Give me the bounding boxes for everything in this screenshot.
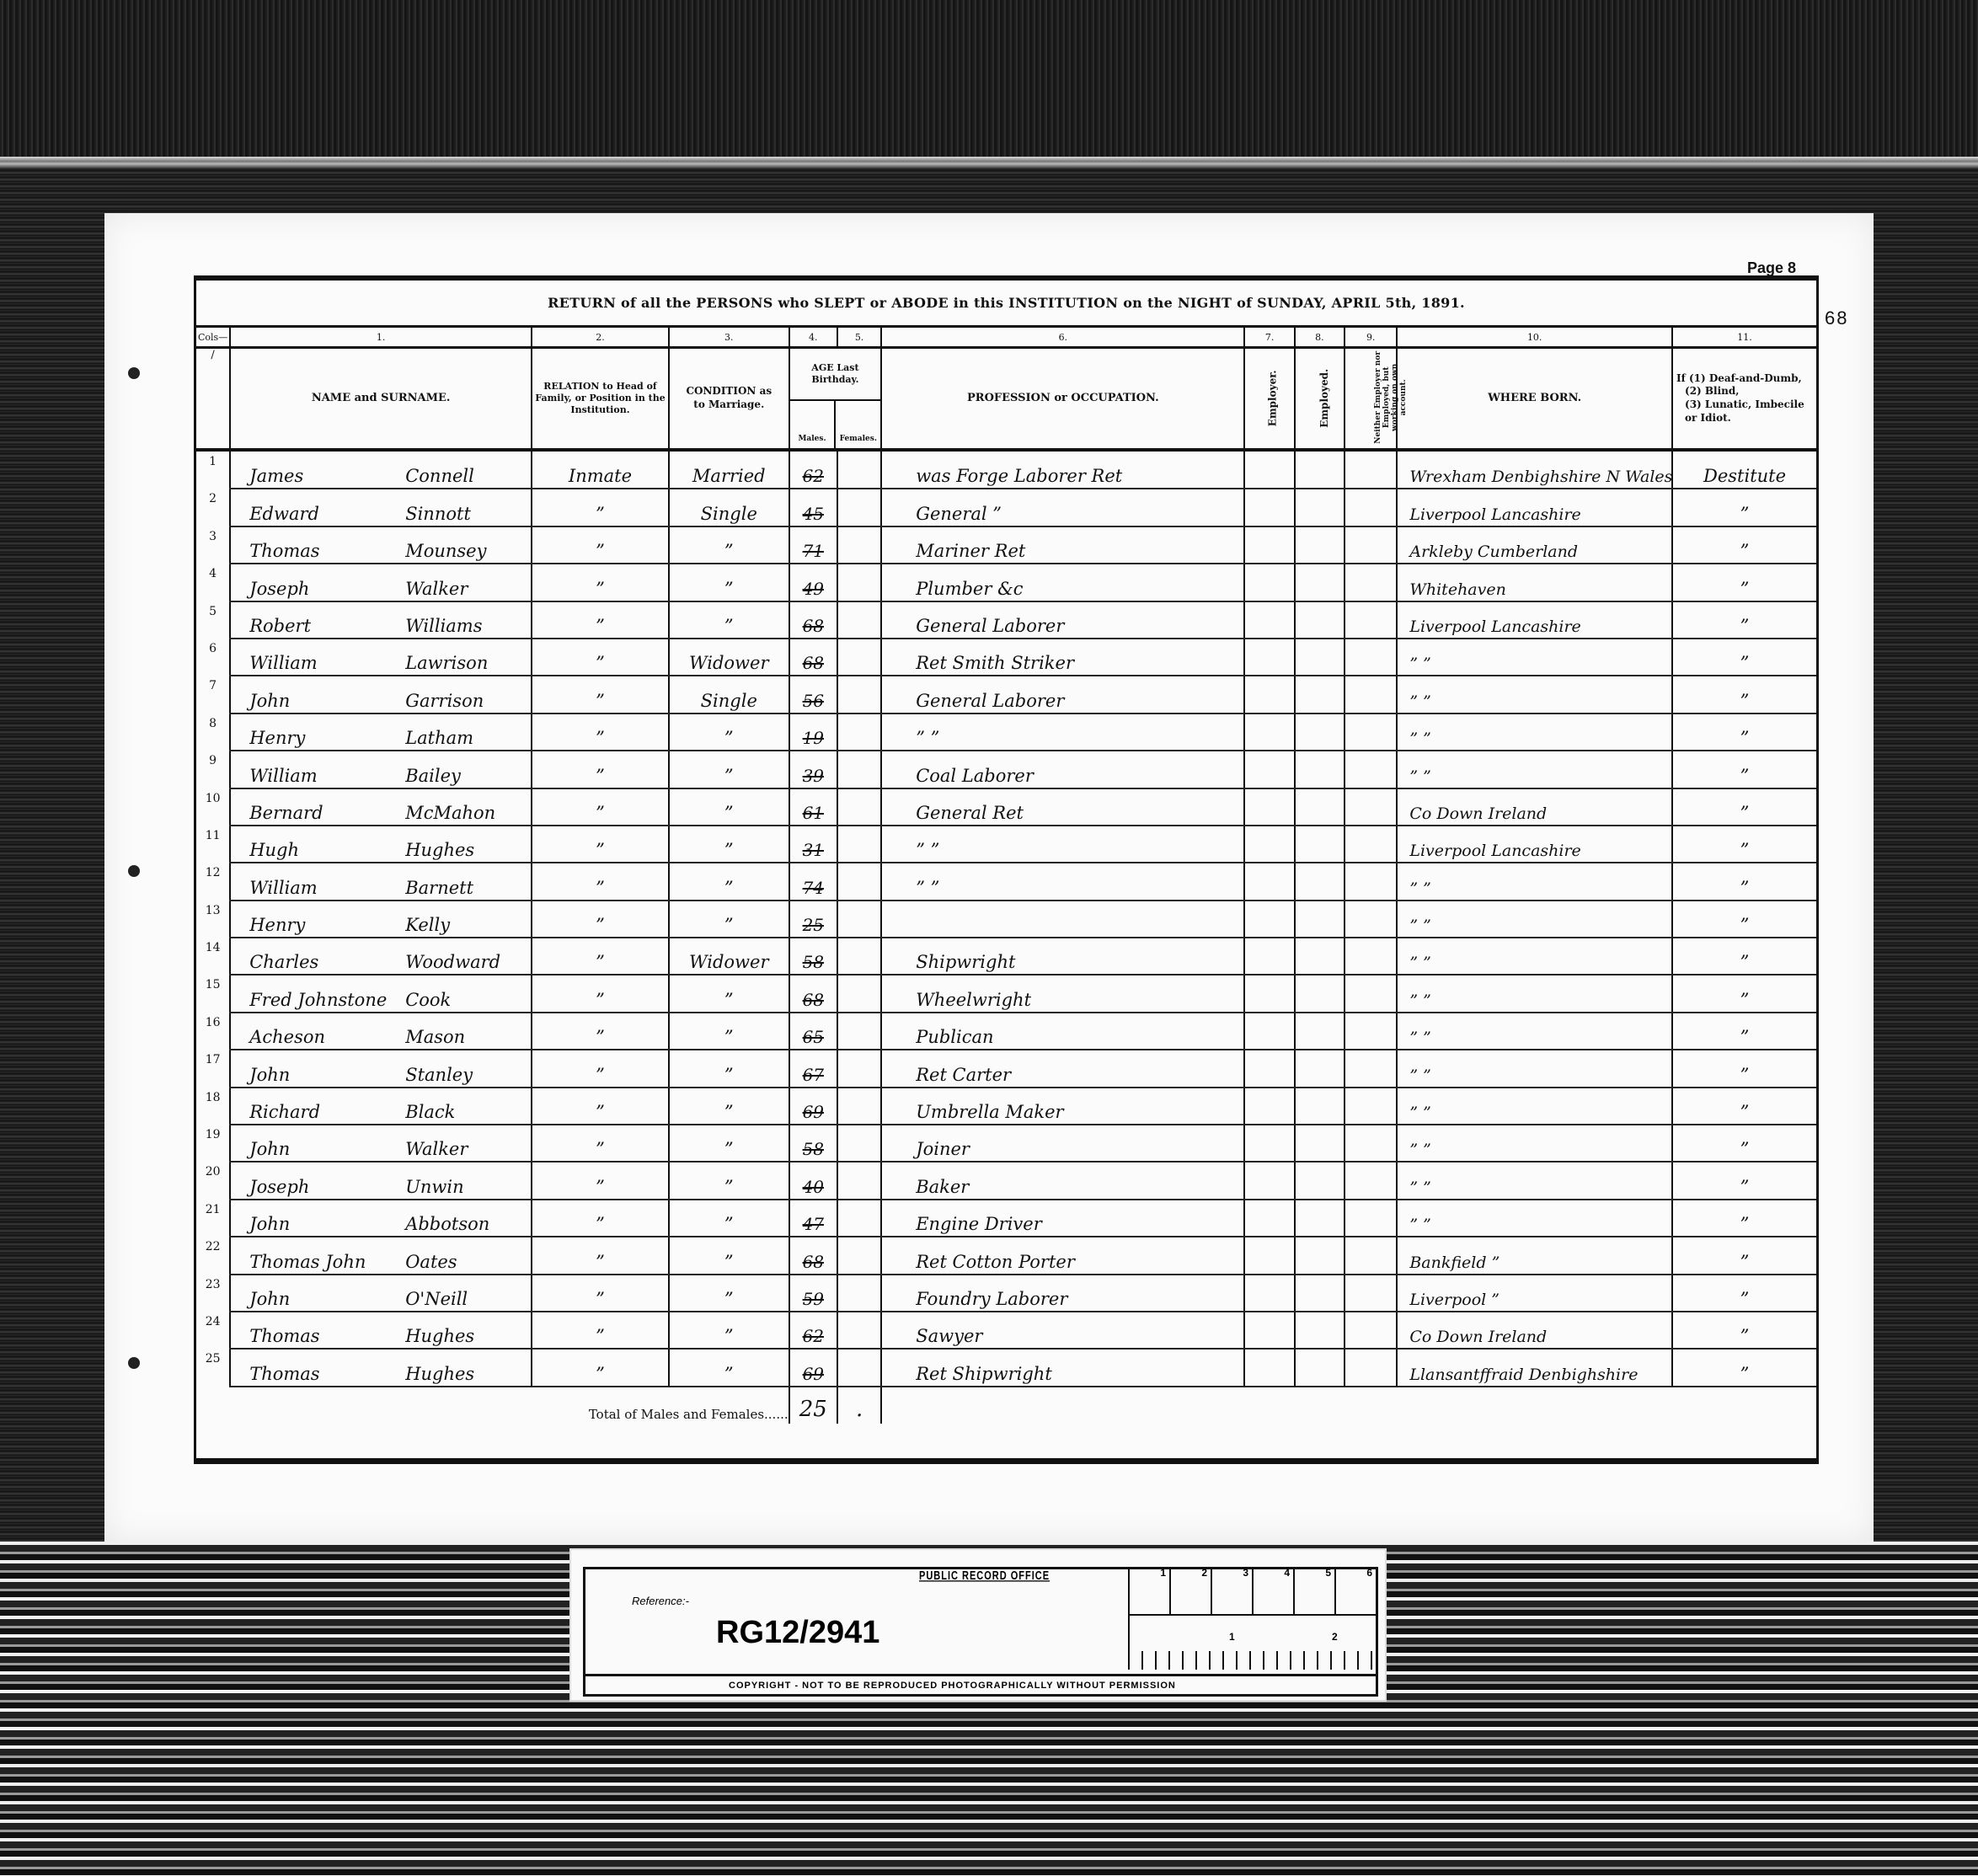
surname: Walker (405, 1139, 468, 1159)
first-name: John (249, 1214, 405, 1234)
female-age-cell (837, 826, 881, 863)
table-row: 4JosephWalker””49Plumber &cWhitehaven” (196, 564, 1816, 601)
own-account-cell (1345, 1162, 1397, 1199)
condition-cell: ” (669, 975, 789, 1012)
employed-cell (1295, 826, 1345, 863)
header-employed-label: Employed. (1318, 368, 1332, 427)
scale-ruler: 1 2 3 4 5 6 1 2 (1128, 1567, 1377, 1670)
punch-hole-icon (128, 1357, 140, 1369)
birthplace-cell: ” ” (1397, 1050, 1672, 1087)
first-name: William (249, 653, 405, 673)
own-account-cell (1345, 1349, 1397, 1386)
ruler-mark: 2 (1171, 1567, 1212, 1614)
birthplace-cell: ” ” (1397, 751, 1672, 788)
surname: Lawrison (405, 653, 488, 673)
female-age-cell (837, 1013, 881, 1050)
infirmity-cell: ” (1672, 1125, 1816, 1162)
ruler-cm-scale: 1 2 3 4 5 6 (1130, 1567, 1377, 1616)
col-number: 5. (837, 328, 881, 348)
header-employer-label: Employer. (1267, 370, 1280, 426)
person-name: WilliamBailey (230, 751, 532, 788)
female-age-cell (837, 676, 881, 713)
occupation-cell: Coal Laborer (881, 751, 1244, 788)
person-name: JamesConnell (230, 450, 532, 489)
census-form: RETURN of all the PERSONS who SLEPT or A… (194, 275, 1819, 1464)
female-age-cell (837, 1088, 881, 1125)
first-name: Fred Johnstone (249, 990, 405, 1010)
infirmity-cell: ” (1672, 1349, 1816, 1386)
header-infirmity-3: (3) Lunatic, Imbecile or Idiot. (1676, 398, 1816, 425)
infirmity-cell: ” (1672, 526, 1816, 564)
infirmity-cell: ” (1672, 1088, 1816, 1125)
person-name: WilliamLawrison (230, 639, 532, 676)
condition-cell: ” (669, 1312, 789, 1349)
person-name: JosephUnwin (230, 1162, 532, 1199)
occupation-cell: General Laborer (881, 676, 1244, 713)
table-row: 12WilliamBarnett””74” ”” ”” (196, 863, 1816, 900)
first-name: John (249, 691, 405, 711)
header-age-males: Males. (790, 401, 837, 448)
person-name: HenryLatham (230, 714, 532, 751)
birthplace-cell: ” ” (1397, 863, 1672, 900)
female-age-cell (837, 526, 881, 564)
condition-cell: Married (669, 450, 789, 489)
person-name: RichardBlack (230, 1088, 532, 1125)
person-name: ThomasMounsey (230, 526, 532, 564)
first-name: John (249, 1139, 405, 1159)
col-number: 6. (881, 328, 1244, 348)
row-number: 7 (196, 676, 230, 713)
relation-cell: ” (532, 1088, 669, 1125)
female-age-cell (837, 901, 881, 938)
birthplace-cell: Liverpool ” (1397, 1275, 1672, 1312)
table-row: 24ThomasHughes””62SawyerCo Down Ireland” (196, 1312, 1816, 1349)
surname: Connell (405, 466, 474, 486)
col-number: 4. (789, 328, 837, 348)
male-age-cell: 40 (789, 1162, 837, 1199)
own-account-cell (1345, 938, 1397, 975)
employer-cell (1244, 489, 1294, 526)
condition-cell: ” (669, 1050, 789, 1087)
row-number: 14 (196, 938, 230, 975)
own-account-cell (1345, 1125, 1397, 1162)
male-age-cell: 49 (789, 564, 837, 601)
employed-cell (1295, 1275, 1345, 1312)
ruler-mark: 5 (1295, 1567, 1336, 1614)
row-number: 23 (196, 1275, 230, 1312)
relation-cell: ” (532, 1125, 669, 1162)
infirmity-cell: ” (1672, 826, 1816, 863)
employed-cell (1295, 564, 1345, 601)
own-account-cell (1345, 751, 1397, 788)
employer-cell (1244, 1200, 1294, 1237)
birthplace-cell: ” ” (1397, 1088, 1672, 1125)
relation-cell: ” (532, 1050, 669, 1087)
person-name: JohnAbbotson (230, 1200, 532, 1237)
relation-cell: ” (532, 901, 669, 938)
copyright-notice: COPYRIGHT - NOT TO BE REPRODUCED PHOTOGR… (585, 1674, 1376, 1694)
column-number-row: Cols— 1. 2. 3. 4. 5. 6. 7. 8. 9. 10. 11. (196, 328, 1816, 348)
form-title: RETURN of all the PERSONS who SLEPT or A… (196, 281, 1816, 328)
relation-cell: ” (532, 1349, 669, 1386)
table-row: 23JohnO'Neill””59Foundry LaborerLiverpoo… (196, 1275, 1816, 1312)
occupation-cell: Engine Driver (881, 1200, 1244, 1237)
male-age-cell: 65 (789, 1013, 837, 1050)
condition-cell: Single (669, 489, 789, 526)
person-name: ThomasHughes (230, 1312, 532, 1349)
first-name: Acheson (249, 1027, 405, 1047)
occupation-cell: Joiner (881, 1125, 1244, 1162)
relation-cell: ” (532, 751, 669, 788)
header-relation: RELATION to Head of Family, or Position … (532, 348, 669, 451)
first-name: James (249, 466, 405, 486)
female-age-cell (837, 489, 881, 526)
own-account-cell (1345, 1013, 1397, 1050)
col-number: 7. (1244, 328, 1294, 348)
own-account-cell (1345, 1050, 1397, 1087)
table-row: 3ThomasMounsey””71Mariner RetArkleby Cum… (196, 526, 1816, 564)
female-age-cell (837, 601, 881, 639)
first-name: Richard (249, 1102, 405, 1122)
birthplace-cell: ” ” (1397, 1013, 1672, 1050)
birthplace-cell: ” ” (1397, 676, 1672, 713)
row-number: 12 (196, 863, 230, 900)
surname: Oates (405, 1252, 457, 1272)
census-rows: 1JamesConnellInmateMarried62was Forge La… (196, 450, 1816, 1387)
own-account-cell (1345, 526, 1397, 564)
employed-cell (1295, 714, 1345, 751)
table-row: 10BernardMcMahon””61General RetCo Down I… (196, 788, 1816, 826)
birthplace-cell: Co Down Ireland (1397, 1312, 1672, 1349)
condition-cell: ” (669, 1200, 789, 1237)
condition-cell: ” (669, 526, 789, 564)
condition-cell: ” (669, 1349, 789, 1386)
table-row: 14CharlesWoodward”Widower58Shipwright” ”… (196, 938, 1816, 975)
male-age-cell: 59 (789, 1275, 837, 1312)
birthplace-cell: Whitehaven (1397, 564, 1672, 601)
header-occupation: PROFESSION or OCCUPATION. (881, 348, 1244, 451)
first-name: Thomas (249, 1326, 405, 1346)
infirmity-cell: ” (1672, 975, 1816, 1012)
first-name: Joseph (249, 1177, 405, 1197)
occupation-cell: ” ” (881, 863, 1244, 900)
employer-cell (1244, 526, 1294, 564)
female-age-cell (837, 1200, 881, 1237)
row-number: 5 (196, 601, 230, 639)
person-name: HenryKelly (230, 901, 532, 938)
employed-cell (1295, 901, 1345, 938)
person-name: EdwardSinnott (230, 489, 532, 526)
infirmity-cell: ” (1672, 751, 1816, 788)
page-label: Page 8 (1747, 259, 1796, 277)
birthplace-cell: Wrexham Denbighshire N Wales (1397, 450, 1672, 489)
row-number: 18 (196, 1088, 230, 1125)
relation-cell: ” (532, 788, 669, 826)
row-number: 16 (196, 1013, 230, 1050)
surname: Barnett (405, 878, 473, 898)
employer-cell (1244, 676, 1294, 713)
condition-cell: ” (669, 1088, 789, 1125)
surname: Unwin (405, 1177, 463, 1197)
own-account-cell (1345, 489, 1397, 526)
birthplace-cell: ” ” (1397, 714, 1672, 751)
surname: Black (405, 1102, 455, 1122)
male-age-cell: 39 (789, 751, 837, 788)
employer-cell (1244, 788, 1294, 826)
employer-cell (1244, 863, 1294, 900)
first-name: John (249, 1289, 405, 1309)
male-age-cell: 69 (789, 1349, 837, 1386)
condition-cell: ” (669, 1237, 789, 1274)
employer-cell (1244, 1237, 1294, 1274)
condition-cell: Single (669, 676, 789, 713)
male-age-cell: 62 (789, 450, 837, 489)
female-age-cell (837, 1125, 881, 1162)
person-name: RobertWilliams (230, 601, 532, 639)
condition-cell: ” (669, 863, 789, 900)
stamp-frame: PUBLIC RECORD OFFICE Reference:- RG12/29… (583, 1567, 1378, 1697)
condition-cell: ” (669, 1275, 789, 1312)
male-age-cell: 67 (789, 1050, 837, 1087)
condition-cell: ” (669, 601, 789, 639)
row-number: 17 (196, 1050, 230, 1087)
infirmity-cell: ” (1672, 901, 1816, 938)
own-account-cell (1345, 1237, 1397, 1274)
ruler-inch-scale: 1 2 (1130, 1616, 1377, 1670)
surname: Hughes (405, 1364, 474, 1384)
employer-cell (1244, 1013, 1294, 1050)
employer-cell (1244, 1088, 1294, 1125)
employer-cell (1244, 714, 1294, 751)
surname: Hughes (405, 1326, 474, 1346)
own-account-cell (1345, 676, 1397, 713)
own-account-cell (1345, 1275, 1397, 1312)
surname: Stanley (405, 1065, 473, 1085)
ruler-mark: 4 (1254, 1567, 1295, 1614)
condition-cell: ” (669, 788, 789, 826)
male-age-cell: 58 (789, 1125, 837, 1162)
col-number: 2. (532, 328, 669, 348)
table-row: 6WilliamLawrison”Widower68Ret Smith Stri… (196, 639, 1816, 676)
male-age-cell: 45 (789, 489, 837, 526)
table-row: 9WilliamBailey””39Coal Laborer” ”” (196, 751, 1816, 788)
employed-cell (1295, 975, 1345, 1012)
first-name: Thomas (249, 1364, 405, 1384)
header-infirmity-2: (2) Blind, (1676, 385, 1816, 398)
infirmity-cell: ” (1672, 1200, 1816, 1237)
relation-cell: ” (532, 1237, 669, 1274)
occupation-cell: ” ” (881, 714, 1244, 751)
person-name: JohnO'Neill (230, 1275, 532, 1312)
occupation-cell: Ret Cotton Porter (881, 1237, 1244, 1274)
male-age-cell: 68 (789, 639, 837, 676)
employed-cell (1295, 676, 1345, 713)
employer-cell (1244, 826, 1294, 863)
punch-hole-icon (128, 865, 140, 877)
surname: Mason (405, 1027, 465, 1047)
surname: O'Neill (405, 1289, 468, 1309)
col-number: 10. (1397, 328, 1672, 348)
person-name: JohnWalker (230, 1125, 532, 1162)
first-name: William (249, 766, 405, 786)
infirmity-cell: ” (1672, 788, 1816, 826)
occupation-cell: Umbrella Maker (881, 1088, 1244, 1125)
infirmity-cell: ” (1672, 639, 1816, 676)
first-name: Bernard (249, 803, 405, 823)
relation-cell: ” (532, 975, 669, 1012)
employer-cell (1244, 1162, 1294, 1199)
surname: Abbotson (405, 1214, 489, 1234)
employed-cell (1295, 1088, 1345, 1125)
relation-cell: ” (532, 1275, 669, 1312)
table-row: 8HenryLatham””19” ”” ”” (196, 714, 1816, 751)
infirmity-cell: ” (1672, 714, 1816, 751)
employer-cell (1244, 1275, 1294, 1312)
own-account-cell (1345, 863, 1397, 900)
surname: Mounsey (405, 541, 486, 561)
infirmity-cell: ” (1672, 1050, 1816, 1087)
row-number: 20 (196, 1162, 230, 1199)
female-age-cell (837, 788, 881, 826)
employed-cell (1295, 938, 1345, 975)
infirmity-cell: ” (1672, 676, 1816, 713)
ruler-mark: 3 (1212, 1567, 1254, 1614)
birthplace-cell: ” ” (1397, 1162, 1672, 1199)
male-age-cell: 74 (789, 863, 837, 900)
condition-cell: ” (669, 901, 789, 938)
male-age-cell: 61 (789, 788, 837, 826)
employed-cell (1295, 751, 1345, 788)
reference-label: Reference:- (632, 1595, 689, 1607)
employed-cell (1295, 1125, 1345, 1162)
occupation-cell: ” ” (881, 826, 1244, 863)
male-age-cell: 47 (789, 1200, 837, 1237)
male-age-cell: 71 (789, 526, 837, 564)
employed-cell (1295, 1349, 1345, 1386)
relation-cell: ” (532, 601, 669, 639)
scan-top-noise (0, 0, 1978, 168)
occupation-cell: Mariner Ret (881, 526, 1244, 564)
relation-cell: ” (532, 489, 669, 526)
person-name: JohnGarrison (230, 676, 532, 713)
infirmity-cell: ” (1672, 1013, 1816, 1050)
birthplace-cell: ” ” (1397, 975, 1672, 1012)
header-infirmity-1: If (1) Deaf-and-Dumb, (1676, 372, 1816, 386)
surname: Woodward (405, 952, 500, 972)
tick-mark: / (196, 348, 230, 451)
punch-hole-icon (128, 367, 140, 379)
own-account-cell (1345, 1312, 1397, 1349)
surname: Walker (405, 579, 468, 599)
occupation-cell: Sawyer (881, 1312, 1244, 1349)
employed-cell (1295, 1162, 1345, 1199)
row-number: 24 (196, 1312, 230, 1349)
totals-females: . (837, 1387, 881, 1424)
row-number: 9 (196, 751, 230, 788)
employed-cell (1295, 1050, 1345, 1087)
own-account-cell (1345, 1200, 1397, 1237)
female-age-cell (837, 863, 881, 900)
own-account-cell (1345, 450, 1397, 489)
person-name: ThomasHughes (230, 1349, 532, 1386)
infirmity-cell: ” (1672, 938, 1816, 975)
birthplace-cell: ” ” (1397, 901, 1672, 938)
condition-cell: Widower (669, 639, 789, 676)
census-table: Cols— 1. 2. 3. 4. 5. 6. 7. 8. 9. 10. 11.… (196, 328, 1816, 1424)
col-number: 11. (1672, 328, 1816, 348)
ruler-mark: 1 (1130, 1567, 1171, 1614)
row-number: 10 (196, 788, 230, 826)
row-number: 11 (196, 826, 230, 863)
male-age-cell: 56 (789, 676, 837, 713)
row-number: 22 (196, 1237, 230, 1274)
table-row: 1JamesConnellInmateMarried62was Forge La… (196, 450, 1816, 489)
header-employed: Employed. (1295, 348, 1345, 451)
birthplace-cell: Llansantffraid Denbighshire (1397, 1349, 1672, 1386)
male-age-cell: 69 (789, 1088, 837, 1125)
employer-cell (1244, 450, 1294, 489)
first-name: William (249, 878, 405, 898)
relation-cell: ” (532, 639, 669, 676)
column-header-row: / NAME and SURNAME. RELATION to Head of … (196, 348, 1816, 451)
folio-number: 68 (1825, 307, 1848, 329)
infirmity-cell: ” (1672, 564, 1816, 601)
relation-cell: Inmate (532, 450, 669, 489)
header-neither-label: Neither Employer nor Employed, but worki… (1375, 351, 1409, 444)
occupation-cell: Plumber &c (881, 564, 1244, 601)
female-age-cell (837, 564, 881, 601)
ruler-mark: 2 (1332, 1631, 1338, 1643)
birthplace-cell: ” ” (1397, 1125, 1672, 1162)
employer-cell (1244, 639, 1294, 676)
table-row: 2EdwardSinnott”Single45General ”Liverpoo… (196, 489, 1816, 526)
employed-cell (1295, 601, 1345, 639)
row-number: 3 (196, 526, 230, 564)
surname: Sinnott (405, 504, 471, 524)
reference-value: RG12/2941 (716, 1615, 879, 1651)
birthplace-cell: ” ” (1397, 1200, 1672, 1237)
first-name: John (249, 1065, 405, 1085)
surname: Latham (405, 728, 473, 748)
surname: Garrison (405, 691, 484, 711)
person-name: WilliamBarnett (230, 863, 532, 900)
birthplace-cell: Liverpool Lancashire (1397, 489, 1672, 526)
occupation-cell: Baker (881, 1162, 1244, 1199)
employed-cell (1295, 450, 1345, 489)
table-row: 20JosephUnwin””40Baker” ”” (196, 1162, 1816, 1199)
infirmity-cell: ” (1672, 1275, 1816, 1312)
totals-males: 25 (789, 1387, 837, 1424)
row-number: 19 (196, 1125, 230, 1162)
occupation-cell: Ret Carter (881, 1050, 1244, 1087)
scan-highlight-band (0, 157, 1978, 168)
own-account-cell (1345, 564, 1397, 601)
infirmity-cell: ” (1672, 1312, 1816, 1349)
first-name: Joseph (249, 579, 405, 599)
infirmity-cell: ” (1672, 1162, 1816, 1199)
header-where-born: WHERE BORN. (1397, 348, 1672, 451)
condition-cell: ” (669, 1013, 789, 1050)
condition-cell: ” (669, 826, 789, 863)
record-office-label: PUBLIC RECORD OFFICE (919, 1569, 1050, 1583)
relation-cell: ” (532, 1013, 669, 1050)
table-row: 25ThomasHughes””69Ret ShipwrightLlansant… (196, 1349, 1816, 1386)
infirmity-cell: ” (1672, 863, 1816, 900)
employer-cell (1244, 1125, 1294, 1162)
col-number: 9. (1345, 328, 1397, 348)
relation-cell: ” (532, 714, 669, 751)
row-number: 2 (196, 489, 230, 526)
